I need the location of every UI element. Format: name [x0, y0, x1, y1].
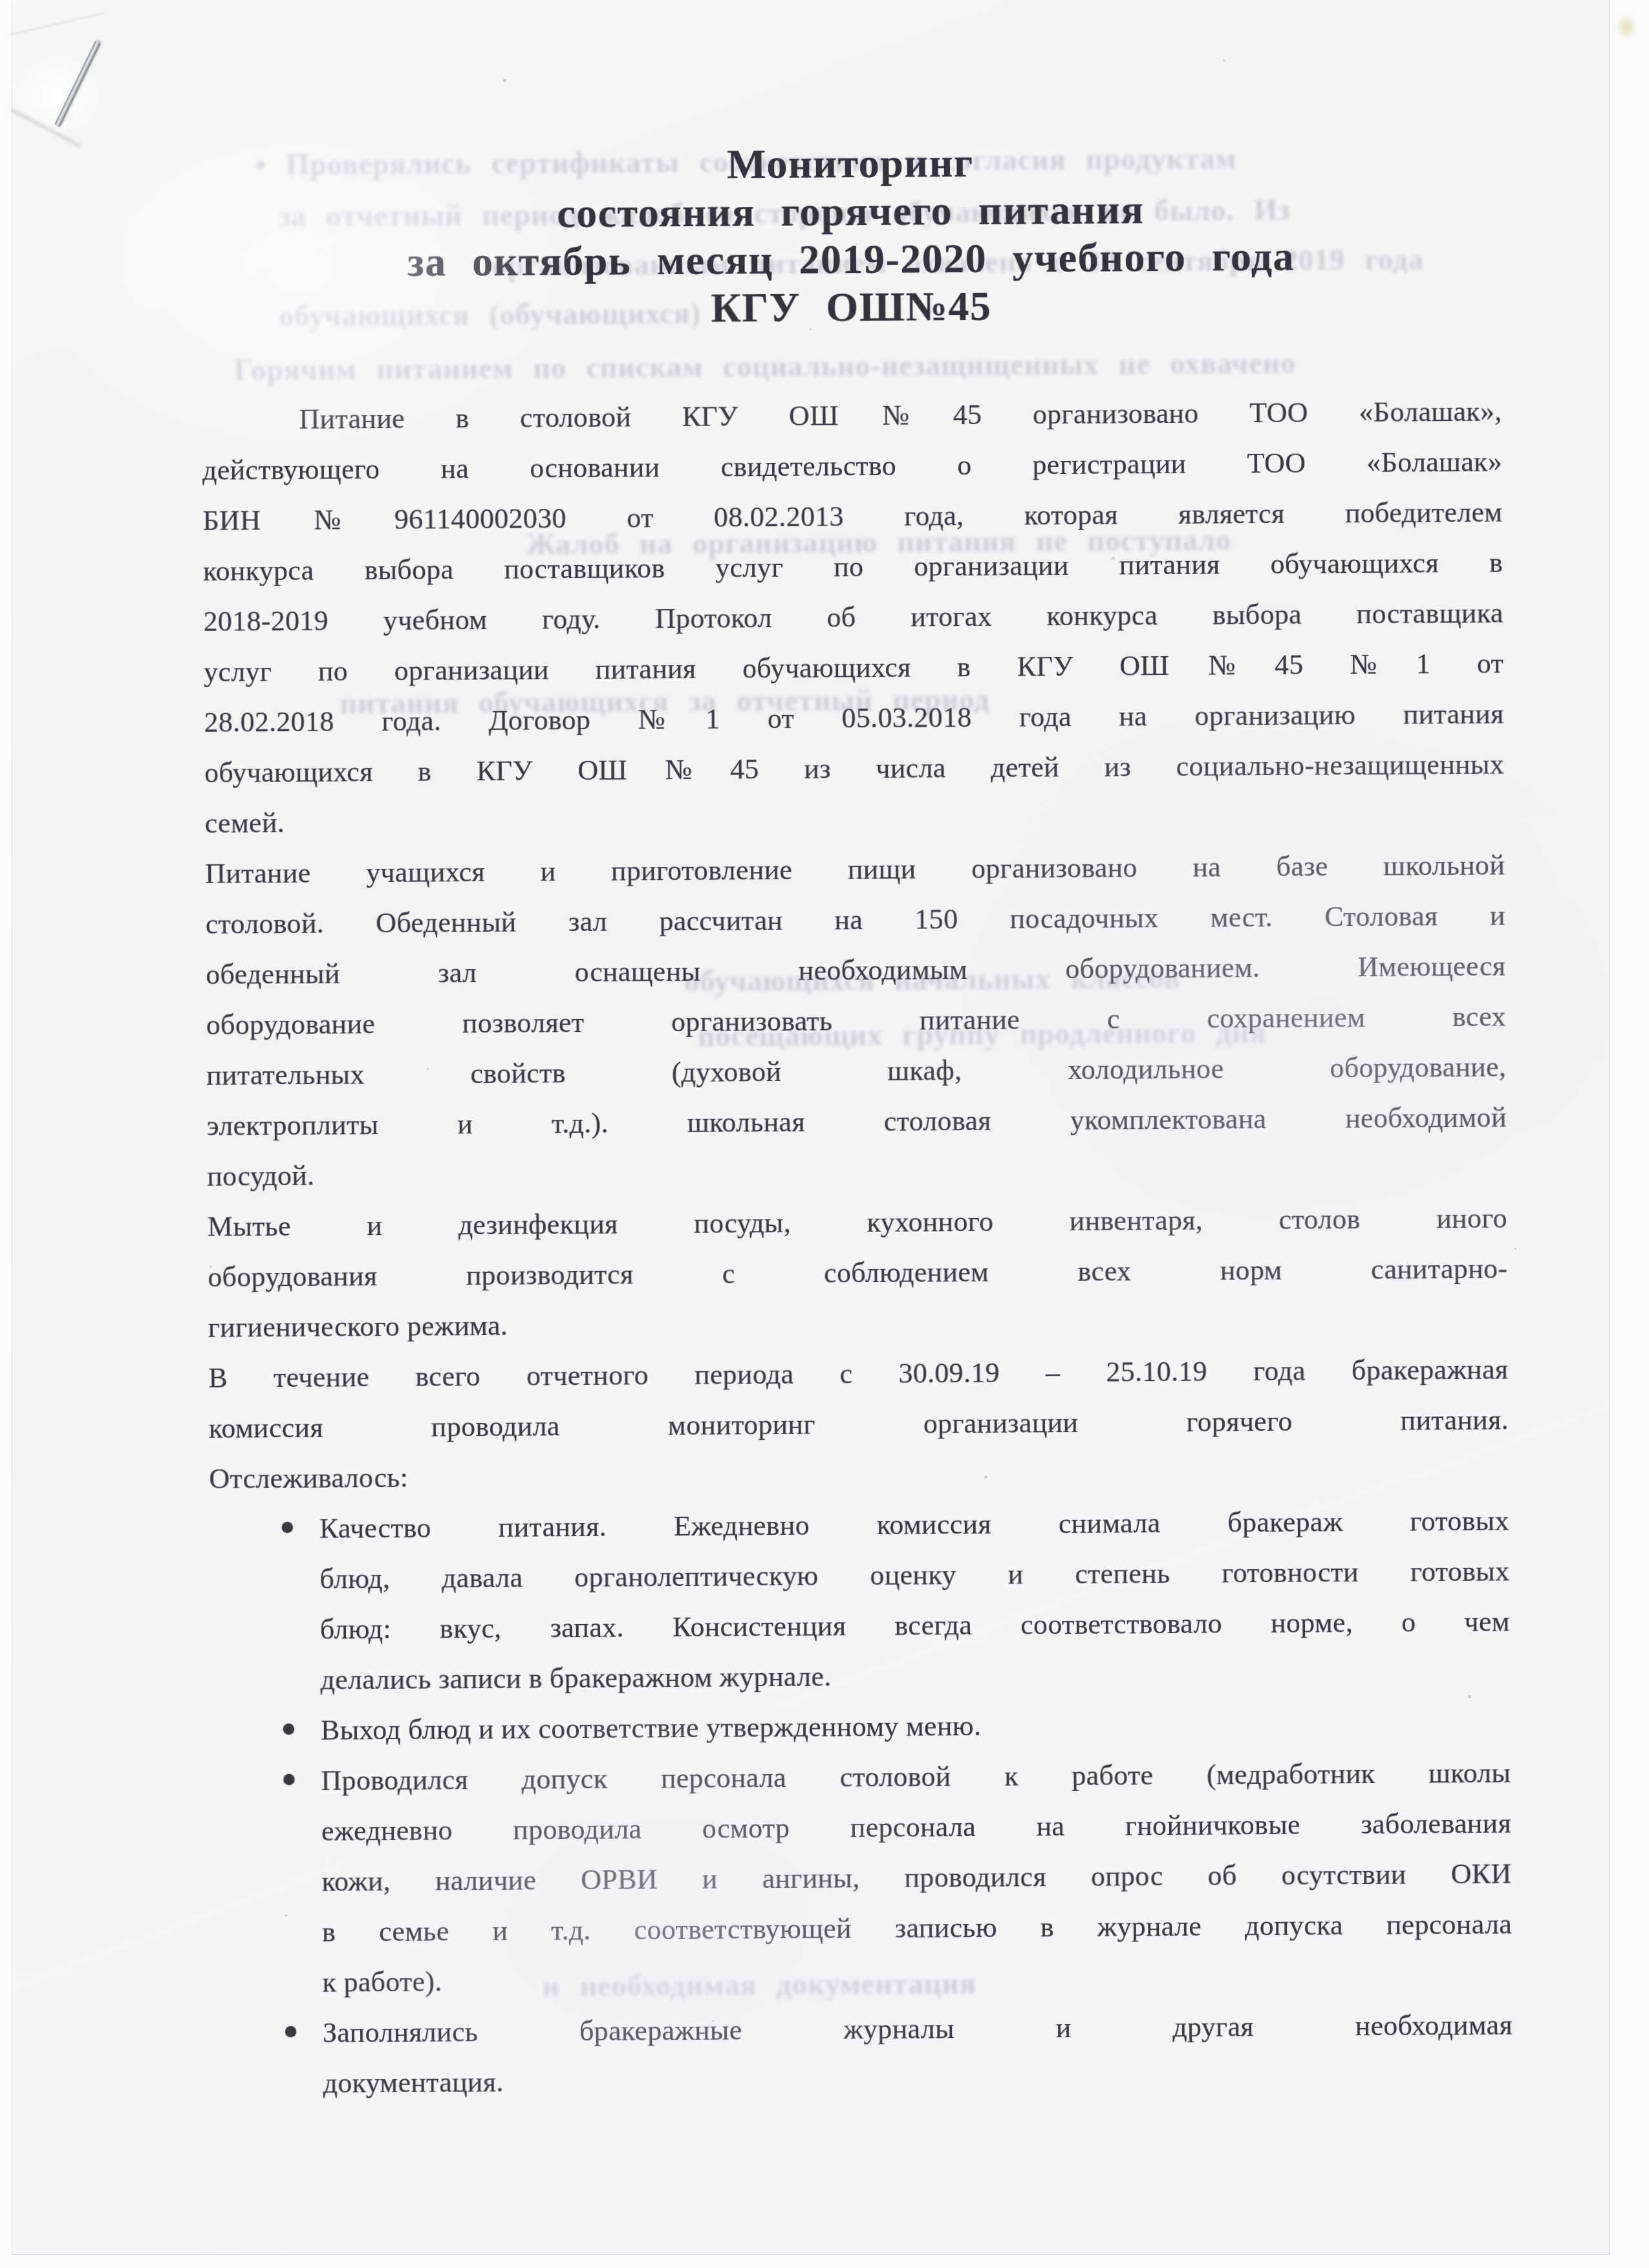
paragraph: Питание учащихся и приготовление пищи ор…	[205, 840, 1507, 1201]
text-line: конкурса выбора поставщиков услуг по орг…	[203, 538, 1503, 597]
bullet-text-line: делались записи в бракеражном журнале.	[320, 1647, 1510, 1705]
paragraph: Мытье и дезинфекция посуды, кухонного ин…	[208, 1193, 1509, 1353]
document-page: • Проверялись сертификаты соответствия и…	[12, 0, 1610, 2255]
title-line: состояния горячего питания	[200, 184, 1500, 240]
text-line: столовой. Обеденный зал рассчитан на 150…	[205, 890, 1505, 949]
paragraph: Питание в столовой КГУ ОШ№45 организован…	[202, 387, 1505, 849]
text-line: Отслеживалось:	[209, 1445, 1509, 1504]
bullet-text-line: Выход блюд и их соответствие утвержденно…	[321, 1697, 1511, 1755]
document-body: Питание в столовой КГУ ОШ№45 организован…	[202, 387, 1513, 2110]
title-line: за октябрь месяц 2019-2020 учебного года	[201, 231, 1501, 288]
bullet-item: Проводился допуск персонала столовой к р…	[321, 1748, 1513, 2007]
text-line: обеденный зал оснащены необходимым обору…	[206, 941, 1505, 1000]
page-content-rotated-layer: • Проверялись сертификаты соответствия и…	[10, 0, 1622, 2256]
text-line: комиссия проводила мониторинг организаци…	[209, 1395, 1509, 1453]
text-line: электроплиты и т.д.). школьная столовая …	[207, 1092, 1507, 1151]
text-line: гигиенического режима.	[208, 1294, 1508, 1353]
bullet-text-line: блюд: вкус, запах. Консистенция всегда с…	[320, 1596, 1510, 1654]
text-line: Мытье и дезинфекция посуды, кухонного ин…	[208, 1193, 1507, 1252]
text-line: 28.02.2018 года. Договор №1 от 05.03.201…	[204, 689, 1503, 748]
bullet-text-line: Качество питания. Ежедневно комиссия сни…	[319, 1495, 1509, 1554]
text-line: семей.	[204, 790, 1504, 849]
bullet-text-line: в семье и т.д. соответствующей записью в…	[322, 1899, 1512, 1957]
bullet-item: Выход блюд и их соответствие утвержденно…	[321, 1697, 1511, 1755]
bullet-text-line: ежедневно проводила осмотр персонала на …	[321, 1798, 1511, 1856]
bullet-text-line: Проводился допуск персонала столовой к р…	[321, 1748, 1511, 1806]
text-line: действующего на основании свидетельство …	[202, 437, 1502, 496]
bullet-text-line: Заполнялись бракеражные журналы и другая…	[323, 2000, 1513, 2058]
scan-smudge	[1615, 14, 1637, 40]
text-line: 2018-2019 учебном году. Протокол об итог…	[203, 588, 1503, 647]
document-content: Мониторингсостояния горячего питанияза о…	[199, 0, 1513, 2110]
bullet-text-line: кожи, наличие ОРВИ и ангины, проводился …	[321, 1848, 1511, 1907]
text-line: В течение всего отчетного периода с 30.0…	[208, 1344, 1508, 1403]
paragraph: В течение всего отчетного периода с 30.0…	[208, 1344, 1509, 1504]
title-line: Мониторинг	[200, 136, 1500, 192]
text-line: услуг по организации питания обучающихся…	[204, 639, 1503, 698]
bullet-item: Качество питания. Ежедневно комиссия сни…	[319, 1495, 1511, 1705]
text-line: оборудование позволяет организовать пита…	[206, 991, 1505, 1050]
text-line: Питание учащихся и приготовление пищи ор…	[205, 840, 1505, 899]
bullet-text-line: документация.	[323, 2050, 1513, 2108]
title-line: КГУ ОШ№45	[201, 279, 1501, 336]
bullet-text-line: блюд, давала органолептическую оценку и …	[319, 1546, 1509, 1604]
bullet-item: Заполнялись бракеражные журналы и другая…	[323, 2000, 1513, 2108]
text-line: посудой.	[207, 1142, 1507, 1201]
text-line: БИН№961140002030 от 08.02.2013 года, кот…	[202, 487, 1502, 546]
bullet-text-line: к работе).	[322, 1949, 1512, 2007]
scan-canvas: { "document": { "kind": "scanned report …	[0, 0, 1649, 2268]
bullet-list: Качество питания. Ежедневно комиссия сни…	[210, 1495, 1513, 2109]
document-title: Мониторингсостояния горячего питанияза о…	[200, 136, 1502, 336]
text-line: обучающихся в КГУ ОШ№45 из числа детей и…	[204, 740, 1504, 798]
text-line: питательных свойств (духовой шкаф, холод…	[206, 1042, 1506, 1100]
text-line: Питание в столовой КГУ ОШ№45 организован…	[202, 387, 1502, 445]
text-line: оборудования производится с соблюдением …	[208, 1243, 1507, 1302]
